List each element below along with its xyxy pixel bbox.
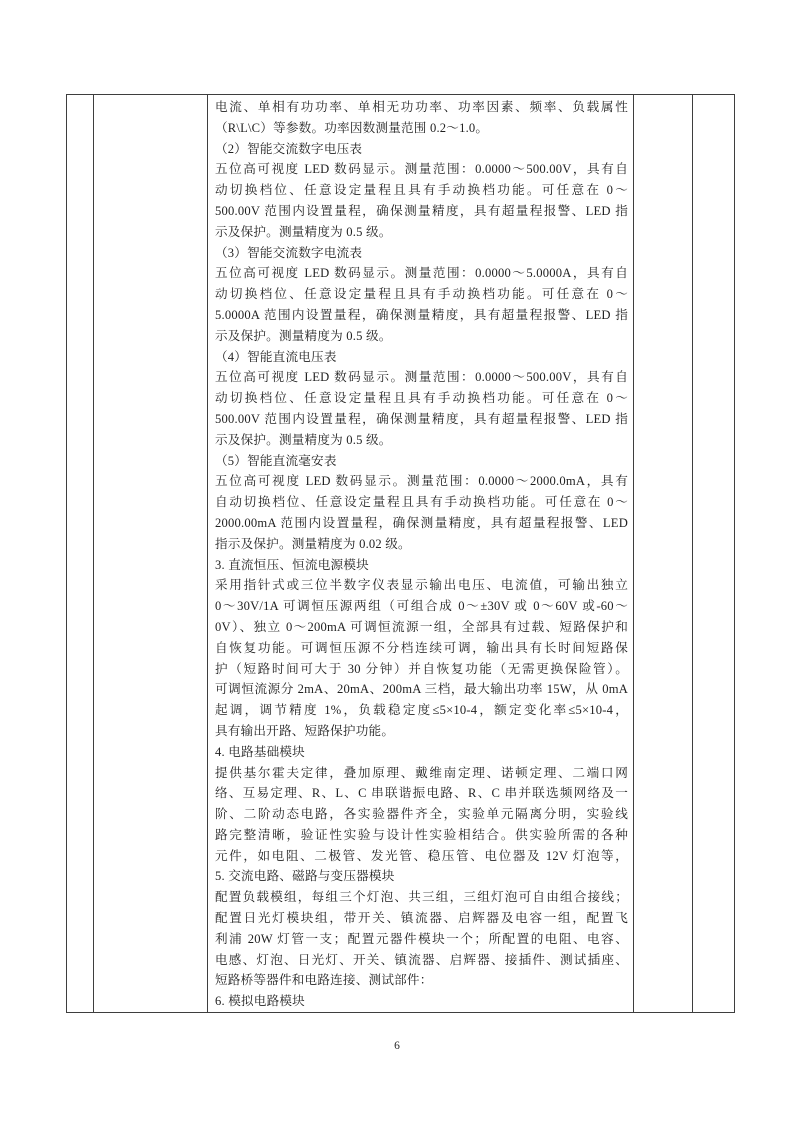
- table-cell-item-name: [94, 95, 208, 1012]
- spec-text-line: 示及保护。测量精度为 0.5 级。: [215, 430, 628, 451]
- spec-text-line: 示及保护。测量精度为 0.5 级。: [215, 326, 628, 347]
- table-cell-qty: [634, 95, 693, 1012]
- table-cell-specification: 电流、单相有功功率、单相无功功率、功率因素、频率、负载属性（R\L\C）等参数。…: [208, 95, 634, 1012]
- spec-text-line: 5. 交流电路、磁路与变压器模块: [215, 866, 628, 887]
- spec-text-line: （3）智能交流数字电流表: [215, 243, 628, 264]
- spec-text-line: 五位高可视度 LED 数码显示。测量范围：0.0000～5.0000A，具有自: [215, 263, 628, 284]
- spec-text-line: 护（短路时间可大于 30 分钟）并自恢复功能（无需更换保险管）。: [215, 659, 628, 680]
- document-page: 电流、单相有功功率、单相无功功率、功率因素、频率、负载属性（R\L\C）等参数。…: [0, 0, 794, 1122]
- spec-text-line: 6. 模拟电路模块: [215, 991, 628, 1012]
- spec-text-line: 500.00V 范围内设置量程，确保测量精度，具有超量程报警、LED 指: [215, 409, 628, 430]
- spec-text-line: 利浦 20W 灯管一支；配置元器件模块一个；所配置的电阻、电容、: [215, 929, 628, 950]
- spec-text-line: 短路桥等器件和电路连接、测试部件：: [215, 970, 628, 991]
- spec-text-line: （5）智能直流毫安表: [215, 451, 628, 472]
- table-cell-seq: [67, 95, 94, 1012]
- spec-text-line: 动切换档位、任意设定量程且具有手动换档功能。可任意在 0～: [215, 284, 628, 305]
- spec-text-line: 配置日光灯模块组，带开关、镇流器、启辉器及电容一组，配置飞: [215, 908, 628, 929]
- spec-text-line: 路完整清晰，验证性实验与设计性实验相结合。供实验所需的各种: [215, 825, 628, 846]
- spec-text-line: 五位高可视度 LED 数码显示。测量范围：0.0000～2000.0mA，具有: [215, 471, 628, 492]
- spec-text-line: 动切换档位、任意设定量程且具有手动换档功能。可任意在 0～: [215, 388, 628, 409]
- spec-text-line: 提供基尔霍夫定律，叠加原理、戴维南定理、诺顿定理、二端口网: [215, 763, 628, 784]
- spec-text-line: 指示及保护。测量精度为 0.02 级。: [215, 534, 628, 555]
- spec-text-line: 自恢复功能。可调恒压源不分档连续可调，输出具有长时间短路保: [215, 638, 628, 659]
- spec-text-line: 起调，调节精度 1%，负载稳定度≤5×10-4，额定变化率≤5×10-4，: [215, 700, 628, 721]
- spec-text-line: 元件，如电阻、二极管、发光管、稳压管、电位器及 12V 灯泡等，: [215, 846, 628, 867]
- table-cell-remark: [693, 95, 734, 1012]
- spec-text-line: 3. 直流恒压、恒流电源模块: [215, 555, 628, 576]
- spec-text-line: （4）智能直流电压表: [215, 347, 628, 368]
- spec-text-line: 0～30V/1A 可调恒压源两组（可组合成 0～±30V 或 0～60V 或-6…: [215, 596, 628, 617]
- spec-text-line: 具有输出开路、短路保护功能。: [215, 721, 628, 742]
- spec-text-line: （2）智能交流数字电压表: [215, 139, 628, 160]
- spec-text-line: 络、互易定理、R、L、C 串联谐振电路、R、C 串并联选频网络及一: [215, 783, 628, 804]
- page-number: 6: [0, 1040, 794, 1052]
- spec-text-line: 4. 电路基础模块: [215, 742, 628, 763]
- spec-text-line: 500.00V 范围内设置量程，确保测量精度，具有超量程报警、LED 指: [215, 201, 628, 222]
- spec-table: 电流、单相有功功率、单相无功功率、功率因素、频率、负载属性（R\L\C）等参数。…: [66, 94, 735, 1013]
- spec-text-line: 采用指针式或三位半数字仪表显示输出电压、电流值，可输出独立: [215, 575, 628, 596]
- spec-text-line: （R\L\C）等参数。功率因数测量范围 0.2～1.0。: [215, 118, 628, 139]
- spec-text-line: 五位高可视度 LED 数码显示。测量范围：0.0000～500.00V，具有自: [215, 367, 628, 388]
- spec-text-line: 0V）、独立 0～200mA 可调恒流源一组，全部具有过载、短路保护和: [215, 617, 628, 638]
- spec-text-line: 2000.00mA 范围内设置量程，确保测量精度，具有超量程报警、LED: [215, 513, 628, 534]
- spec-text-line: 配置负载模组，每组三个灯泡、共三组，三组灯泡可自由组合接线；: [215, 887, 628, 908]
- spec-text-line: 可调恒流源分 2mA、20mA、200mA 三档，最大输出功率 15W，从 0m…: [215, 679, 628, 700]
- spec-text-line: 五位高可视度 LED 数码显示。测量范围：0.0000～500.00V，具有自: [215, 159, 628, 180]
- spec-text-line: 阶、二阶动态电路，各实验器件齐全，实验单元隔离分明，实验线: [215, 804, 628, 825]
- spec-text-line: 自动切换档位、任意设定量程且具有手动换档功能。可任意在 0～: [215, 492, 628, 513]
- spec-text-line: 动切换档位、任意设定量程且具有手动换档功能。可任意在 0～: [215, 180, 628, 201]
- spec-text-line: 电感、灯泡、日光灯、开关、镇流器、启辉器、接插件、测试插座、: [215, 950, 628, 971]
- spec-text-line: 电流、单相有功功率、单相无功功率、功率因素、频率、负载属性: [215, 97, 628, 118]
- spec-text-line: 5.0000A 范围内设置量程，确保测量精度，具有超量程报警、LED 指: [215, 305, 628, 326]
- spec-text-line: 示及保护。测量精度为 0.5 级。: [215, 222, 628, 243]
